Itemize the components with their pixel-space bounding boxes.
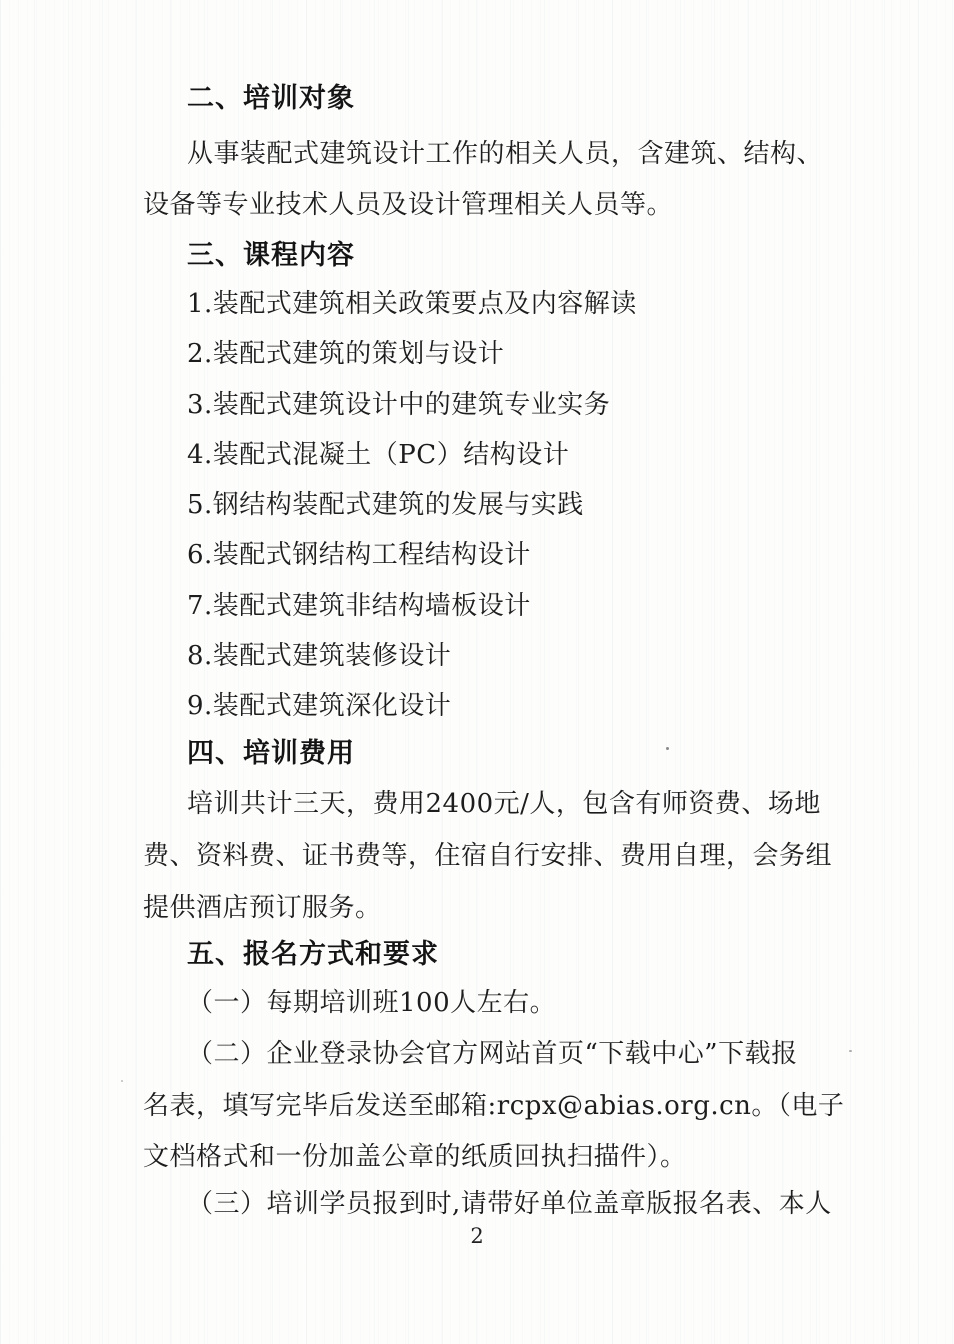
course-item-5: 5.钢结构装配式建筑的发展与实践 [187, 490, 584, 520]
registration-line-3-email: 名表，填写完毕后发送至邮箱:rcpx@abias.org.cn。（电子 [143, 1091, 844, 1121]
registration-line-5: （三）培训学员报到时,请带好单位盖章版报名表、本人 [187, 1189, 832, 1219]
training-fee-line-2: 费、资料费、证书费等，住宿自行安排、费用自理，会务组 [143, 841, 832, 871]
course-item-1: 1.装配式建筑相关政策要点及内容解读 [187, 289, 637, 319]
page-number: 2 [0, 1224, 954, 1248]
registration-line-4: 文档格式和一份加盖公章的纸质回执扫描件）。 [143, 1142, 687, 1172]
course-item-9: 9.装配式建筑深化设计 [187, 691, 451, 721]
training-target-line-1: 从事装配式建筑设计工作的相关人员，含建筑、结构、 [187, 139, 823, 169]
scan-speck [121, 1080, 123, 1082]
course-item-7: 7.装配式建筑非结构墙板设计 [187, 591, 531, 621]
training-fee-line-1: 培训共计三天，费用2400元/人，包含有师资费、场地 [187, 789, 821, 819]
scan-speck [666, 747, 669, 750]
scan-speck [849, 1050, 852, 1052]
course-item-2: 2.装配式建筑的策划与设计 [187, 339, 504, 369]
course-item-6: 6.装配式钢结构工程结构设计 [187, 540, 531, 570]
training-target-line-2: 设备等专业技术人员及设计管理相关人员等。 [143, 190, 673, 220]
course-item-8: 8.装配式建筑装修设计 [187, 641, 451, 671]
registration-line-1: （一）每期培训班100人左右。 [187, 988, 556, 1018]
course-item-3: 3.装配式建筑设计中的建筑专业实务 [187, 390, 610, 420]
registration-line-2: （二）企业登录协会官方网站首页“下载中心”下载报 [187, 1039, 798, 1069]
training-fee-line-3: 提供酒店预订服务。 [143, 893, 382, 923]
section-heading-training-target: 二、培训对象 [187, 84, 355, 114]
section-heading-registration: 五、报名方式和要求 [187, 940, 439, 970]
section-heading-training-fee: 四、培训费用 [187, 739, 355, 769]
course-item-4: 4.装配式混凝土（PC）结构设计 [187, 440, 569, 470]
section-heading-course-content: 三、课程内容 [187, 241, 355, 271]
